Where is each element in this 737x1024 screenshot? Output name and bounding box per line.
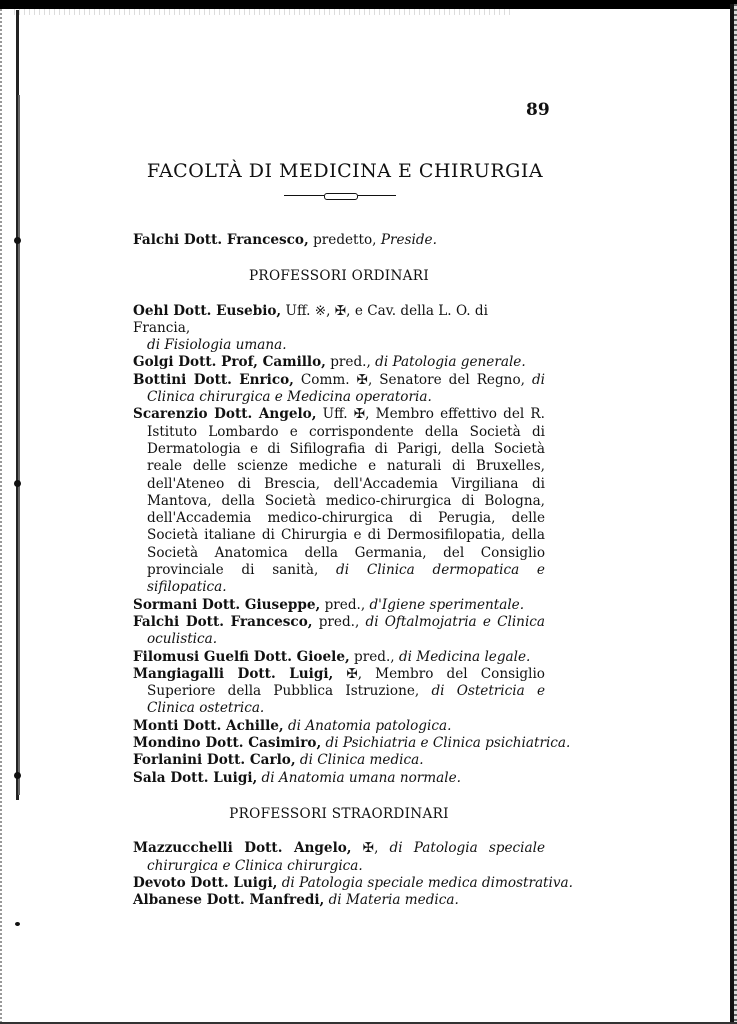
person-desc: pred., [350,649,399,665]
person-desc: pred., [313,614,366,630]
person-desc: Uff. ✠, Membro effettivo del R. Istituto… [147,406,545,578]
person-desc: predetto, [309,232,381,248]
person-name: Golgi Dott. Prof, Camillo, [133,354,326,370]
list-item: Albanese Dott. Manfredi, di Materia medi… [133,892,545,909]
person-subject: di Psichiatria e Clinica psichiatrica. [326,735,571,751]
person-subject: di Medicina legale. [399,649,530,665]
person-desc: Comm. ✠, Senatore del Regno, [294,372,532,388]
person-desc: pred., [326,354,375,370]
list-item: Oehl Dott. Eusebio, Uff. ※, ✠, e Cav. de… [133,303,545,355]
preside-entry: Falchi Dott. Francesco, predetto, Presid… [133,232,545,249]
binding-knot [14,480,21,487]
list-item: Golgi Dott. Prof, Camillo, pred., di Pat… [133,354,545,371]
person-name: Mazzucchelli Dott. Angelo, [133,840,352,856]
person-role: Preside. [381,232,437,248]
list-item: Sormani Dott. Giuseppe, pred., d'Igiene … [133,597,545,614]
list-item: Monti Dott. Achille, di Anatomia patolog… [133,718,545,735]
list-item: Bottini Dott. Enrico, Comm. ✠, Senatore … [133,372,545,407]
person-subject: di Anatomia umana normale. [262,770,461,786]
ordinari-list: Oehl Dott. Eusebio, Uff. ※, ✠, e Cav. de… [133,303,545,787]
list-item: Mondino Dott. Casimiro, di Psichiatria e… [133,735,545,752]
person-subject: di Patologia speciale medica dimostrativ… [282,875,573,891]
person-name: Filomusi Guelfi Dott. Gioele, [133,649,350,665]
list-item: Scarenzio Dott. Angelo, Uff. ✠, Membro e… [133,406,545,596]
person-name: Albanese Dott. Manfredi, [133,892,324,908]
scan-noise [14,9,514,15]
person-desc: pred., [320,597,369,613]
person-name: Bottini Dott. Enrico, [133,372,294,388]
person-subject: di Patologia generale. [375,354,526,370]
person-name: Falchi Dott. Francesco, [133,232,309,248]
person-name: Sala Dott. Luigi, [133,770,257,786]
person-name: Oehl Dott. Eusebio, [133,303,281,319]
person-subject: di Clinica medica. [300,752,424,768]
person-name: Monti Dott. Achille, [133,718,284,734]
faculty-listing: Falchi Dott. Francesco, predetto, Presid… [133,232,545,909]
person-subject: di Materia medica. [329,892,459,908]
person-name: Mangiagalli Dott. Luigi, [133,666,333,682]
title-ornament [284,193,396,199]
section-heading-ordinari: PROFESSORI ORDINARI [133,268,545,285]
person-name: Falchi Dott. Francesco, [133,614,313,630]
binding-knot [15,922,20,926]
binding-thread-inner [18,95,20,795]
person-name: Mondino Dott. Casimiro, [133,735,321,751]
person-name: Forlanini Dott. Carlo, [133,752,296,768]
binding-knot [14,237,21,244]
straordinari-list: Mazzucchelli Dott. Angelo, ✠, di Patolog… [133,840,545,909]
person-subject: d'Igiene sperimentale. [369,597,524,613]
list-item: Filomusi Guelfi Dott. Gioele, pred., di … [133,649,545,666]
section-heading-straordinari: PROFESSORI STRAORDINARI [133,806,545,823]
page-number: 89 [526,100,550,120]
page-title: FACOLTÀ DI MEDICINA E CHIRURGIA [0,160,690,182]
binding-knot [14,772,21,779]
person-subject: di Anatomia patologica. [288,718,451,734]
list-item: Mazzucchelli Dott. Angelo, ✠, di Patolog… [133,840,545,875]
list-item: Sala Dott. Luigi, di Anatomia umana norm… [133,770,545,787]
person-name: Sormani Dott. Giuseppe, [133,597,320,613]
list-item: Mangiagalli Dott. Luigi, ✠, Membro del C… [133,666,545,718]
person-subject: di Fisiologia umana. [133,337,287,353]
person-desc: ✠, [352,840,390,856]
list-item: Falchi Dott. Francesco, pred., di Oftalm… [133,614,545,649]
list-item: Forlanini Dott. Carlo, di Clinica medica… [133,752,545,769]
scan-top-border [0,0,737,9]
list-item: Devoto Dott. Luigi, di Patologia special… [133,875,545,892]
person-name: Devoto Dott. Luigi, [133,875,277,891]
person-name: Scarenzio Dott. Angelo, [133,406,316,422]
